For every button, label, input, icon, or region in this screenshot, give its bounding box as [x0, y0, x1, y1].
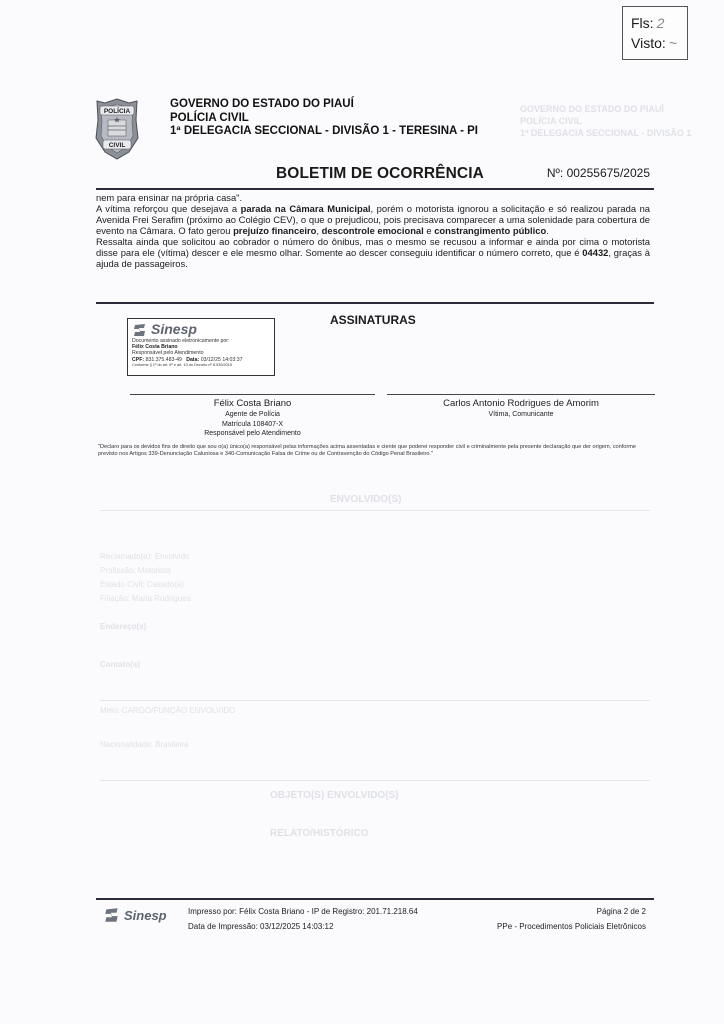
agent-registration: Matrícula 108407-X: [130, 420, 375, 430]
victim-signature-block: Carlos Antonio Rodrigues de Amorim Vítim…: [387, 398, 655, 420]
victim-signature-line: [387, 394, 655, 395]
narrative-paragraph-3: Ressalta ainda que solicitou ao cobrador…: [96, 236, 650, 269]
folio-stamp-box: Fls:2 Visto:~: [622, 6, 688, 60]
visto-signature-scribble: ~: [669, 33, 677, 53]
visto-label: Visto:: [631, 33, 666, 53]
print-date: Data de Impressão: 03/12/2025 14:03:12: [188, 919, 418, 934]
scanned-page: GOVERNO DO ESTADO DO PIAUÍ POLÍCIA CIVIL…: [0, 0, 724, 1024]
victim-name: Carlos Antonio Rodrigues de Amorim: [387, 398, 655, 410]
document-title: BOLETIM DE OCORRÊNCIA: [276, 165, 484, 183]
signatures-divider: [96, 302, 654, 304]
header-government: GOVERNO DO ESTADO DO PIAUÍ: [170, 98, 478, 112]
occurrence-number-value: 00255675/2025: [567, 166, 650, 180]
title-divider: [96, 188, 654, 190]
header-police: POLÍCIA CIVIL: [170, 112, 478, 126]
institution-header: GOVERNO DO ESTADO DO PIAUÍ POLÍCIA CIVIL…: [170, 98, 478, 139]
svg-text:CIVIL: CIVIL: [109, 142, 126, 149]
sinesp-logo-icon: [132, 323, 148, 337]
occurrence-narrative: nem para ensinar na própria casa". A vít…: [96, 192, 650, 269]
header-delegacia: 1ª DELEGACIA SECCIONAL - DIVISÃO 1 - TER…: [170, 125, 478, 139]
policia-civil-badge-icon: POLÍCIA CIVIL: [95, 98, 139, 160]
stamp-signer: Félix Costa Briano: [132, 344, 178, 350]
legal-declaration: "Declaro para os devidos fins de direito…: [98, 444, 653, 458]
printed-by: Impresso por: Félix Costa Briano - IP de…: [188, 904, 418, 919]
agent-signature-line: [130, 394, 375, 395]
footer-divider: [96, 898, 654, 900]
document-title-row: BOLETIM DE OCORRÊNCIA Nº: 00255675/2025: [100, 163, 650, 187]
footer-sinesp-logo: Sinesp: [103, 907, 167, 923]
system-name: PPe - Procedimentos Policiais Eletrônico…: [497, 919, 646, 934]
narrative-paragraph-1: nem para ensinar na própria casa".: [96, 192, 650, 203]
svg-text:POLÍCIA: POLÍCIA: [104, 106, 131, 115]
page-number: Página 2 de 2: [497, 904, 646, 919]
victim-role: Vítima, Comunicante: [387, 410, 655, 420]
occurrence-number: Nº: 00255675/2025: [547, 166, 650, 180]
page-info: Página 2 de 2 PPe - Procedimentos Polici…: [497, 904, 646, 934]
sinesp-logo-icon: [103, 907, 121, 923]
sinesp-logo: Sinesp: [132, 321, 270, 338]
narrative-paragraph-2: A vítima reforçou que desejava a parada …: [96, 203, 650, 236]
agent-signature-block: Félix Costa Briano Agente de Polícia Mat…: [130, 398, 375, 439]
occurrence-number-label: Nº:: [547, 166, 563, 180]
electronic-signature-stamp: Sinesp Documento assinado eletronicament…: [127, 318, 275, 376]
agent-role: Responsável pelo Atendimento: [130, 429, 375, 439]
agent-title: Agente de Polícia: [130, 410, 375, 420]
print-info: Impresso por: Félix Costa Briano - IP de…: [188, 904, 418, 934]
stamp-legal-basis: Conforme § 1º do art. 6º e art. 10 do De…: [132, 363, 270, 368]
fls-label: Fls:: [631, 13, 654, 33]
signatures-section-title: ASSINATURAS: [330, 313, 416, 327]
agent-name: Félix Costa Briano: [130, 398, 375, 410]
fls-value: 2: [657, 13, 665, 33]
